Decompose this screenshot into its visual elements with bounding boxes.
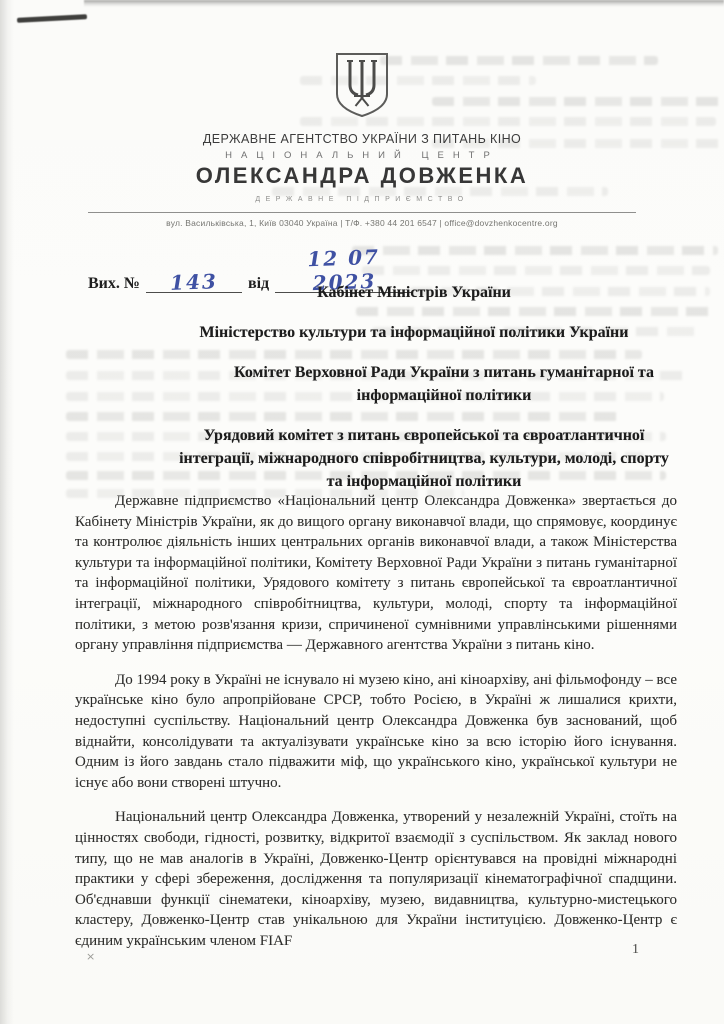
recipients-block: Кабінет Міністрів України Міністерство к… xyxy=(150,281,678,510)
letterhead: ДЕРЖАВНЕ АГЕНТСТВО УКРАЇНИ З ПИТАНЬ КІНО… xyxy=(0,52,724,228)
recipient-cabinet-of-ministers: Кабінет Міністрів України xyxy=(150,281,678,304)
ukraine-trident-emblem-icon xyxy=(334,52,390,123)
outgoing-number-label: Вих. № xyxy=(88,275,140,293)
letterhead-enterprise: ДЕРЖАВНЕ ПІДПРИЄМСТВО xyxy=(0,196,724,203)
recipient-government-committee: Урядовий комітет з питань європейської т… xyxy=(150,424,678,493)
page-number: 1 xyxy=(632,942,639,958)
recipient-ministry-of-culture: Міністерство культури та інформаційної п… xyxy=(150,321,678,344)
scan-corner-mark xyxy=(17,14,87,23)
recipient-parliament-committee: Комітет Верховної Ради України з питань … xyxy=(150,361,678,407)
letterhead-name: ОЛЕКСАНДРА ДОВЖЕНКА xyxy=(0,163,724,189)
scanned-letter-page: × xyxy=(0,0,724,1024)
letterhead-contacts: вул. Васильківська, 1, Київ 03040 Україн… xyxy=(0,218,724,228)
body-paragraph-mission: Національний центр Олександра Довженка, … xyxy=(75,807,677,951)
letterhead-agency: ДЕРЖАВНЕ АГЕНТСТВО УКРАЇНИ З ПИТАНЬ КІНО xyxy=(0,132,724,146)
body-paragraph-appeal: Державне підприємство «Національний цент… xyxy=(75,491,677,656)
scan-edge-shadow xyxy=(84,0,724,7)
letterhead-centre: НАЦІОНАЛЬНИЙ ЦЕНТР xyxy=(0,150,724,161)
body-paragraph-history: До 1994 року в Україні не існувало ні му… xyxy=(75,670,677,794)
letter-body: Державне підприємство «Національний цент… xyxy=(75,491,677,965)
letterhead-divider xyxy=(88,212,636,213)
